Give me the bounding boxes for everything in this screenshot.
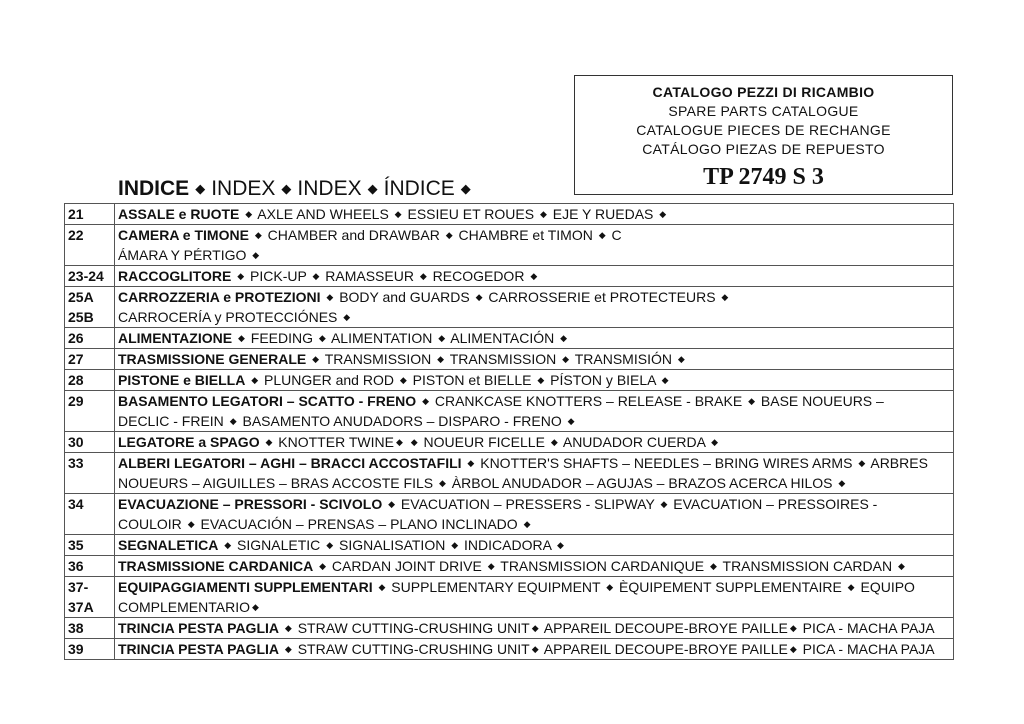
section-description: ASSALE e RUOTE ◆ AXLE AND WHEELS ◆ ESSIE… [115,204,954,225]
index-heading-es: ÍNDICE [384,177,455,200]
diamond-icon: ◆ [658,499,669,509]
section-description: TRASMISSIONE CARDANICA ◆ CARDAN JOINT DR… [115,556,954,577]
diamond-icon: ◆ [549,437,560,447]
diamond-icon: ◆ [846,582,857,592]
section-title-italian: SEGNALETICA [118,537,218,553]
index-row: 21ASSALE e RUOTE ◆ AXLE AND WHEELS ◆ ESS… [65,204,954,225]
section-number: 27 [65,349,115,370]
diamond-icon: ◆ [409,437,420,447]
diamond-icon: ◆ [708,561,719,571]
diamond-icon: ◆ [566,416,577,426]
diamond-icon: ◆ [228,416,239,426]
diamond-icon: ◆ [317,561,328,571]
diamond-icon: ◆ [310,271,321,281]
diamond-icon: ◆ [362,181,384,196]
diamond-icon: ◆ [560,354,571,364]
diamond-icon: ◆ [474,292,485,302]
index-row: 38TRINCIA PESTA PAGLIA ◆ STRAW CUTTING-C… [65,618,954,639]
catalogue-title-fr: CATALOGUE PIECES DE RECHANGE [575,121,952,140]
section-title-italian: ALBERI LEGATORI – AGHI – BRACCI ACCOSTAF… [118,455,462,471]
section-title-italian: TRASMISSIONE GENERALE [118,351,306,367]
section-number-text: 23-24 [68,266,111,286]
section-number-text: 33 [68,453,111,473]
index-row: 39TRINCIA PESTA PAGLIA ◆ STRAW CUTTING-C… [65,639,954,660]
diamond-icon: ◆ [530,623,541,633]
section-title-continuation: DECLIC - FREIN ◆ BASAMENTO ANUDADORS – D… [118,411,950,431]
index-row: 26ALIMENTAZIONE ◆ FEEDING ◆ ALIMENTATION… [65,328,954,349]
section-title-italian: EQUIPAGGIAMENTI SUPPLEMENTARI [118,579,373,595]
section-description: BASAMENTO LEGATORI – SCATTO - FRENO ◆ CR… [115,391,954,432]
diamond-icon: ◆ [719,292,730,302]
section-title-italian: PISTONE e BIELLA [118,372,245,388]
index-row: 28PISTONE e BIELLA ◆ PLUNGER and ROD ◆ P… [65,370,954,391]
section-number-text: 28 [68,370,111,390]
diamond-icon: ◆ [222,540,233,550]
section-description: CARROZZERIA e PROTEZIONI ◆ BODY and GUAR… [115,287,954,328]
diamond-icon: ◆ [418,271,429,281]
section-title-italian: ALIMENTAZIONE [118,330,232,346]
section-title-continuation: COULOIR ◆ EVACUACIÓN – PRENSAS – PLANO I… [118,514,950,534]
diamond-icon: ◆ [398,375,409,385]
section-title-translations: ◆ AXLE AND WHEELS ◆ ESSIEU ET ROUES ◆ EJ… [239,206,668,222]
section-title-italian: CAMERA e TIMONE [118,227,249,243]
diamond-icon: ◆ [341,312,352,322]
diamond-icon: ◆ [275,181,297,196]
diamond-icon: ◆ [528,271,539,281]
index-heading: INDICE◆INDEX◆INDEX◆ÍNDICE◆ [118,176,477,202]
section-description: ALBERI LEGATORI – AGHI – BRACCI ACCOSTAF… [115,453,954,494]
diamond-icon: ◆ [709,437,720,447]
index-heading-fr: INDEX [297,177,361,200]
section-description: RACCOGLITORE ◆ PICK-UP ◆ RAMASSEUR ◆ REC… [115,266,954,287]
section-description: SEGNALETICA ◆ SIGNALETIC ◆ SIGNALISATION… [115,535,954,556]
index-row: 37-37AEQUIPAGGIAMENTI SUPPLEMENTARI ◆ SU… [65,577,954,618]
catalogue-title-es: CATÁLOGO PIEZAS DE REPUESTO [575,140,952,159]
diamond-icon: ◆ [444,230,455,240]
diamond-icon: ◆ [236,333,247,343]
index-row: 35SEGNALETICA ◆ SIGNALETIC ◆ SIGNALISATI… [65,535,954,556]
diamond-icon: ◆ [393,209,404,219]
index-row: 27TRASMISSIONE GENERALE ◆ TRANSMISSION ◆… [65,349,954,370]
index-row: 33ALBERI LEGATORI – AGHI – BRACCI ACCOST… [65,453,954,494]
section-title-translations: ◆ CRANKCASE KNOTTERS – RELEASE - BRAKE ◆… [416,393,884,409]
diamond-icon: ◆ [555,540,566,550]
section-number: 36 [65,556,115,577]
diamond-icon: ◆ [538,209,549,219]
section-number: 37-37A [65,577,115,618]
section-number-text-2: 37A [68,597,111,617]
section-title-translations: ◆ CHAMBER and DRAWBAR ◆ CHAMBRE et TIMON… [249,227,622,243]
diamond-icon: ◆ [253,230,264,240]
diamond-icon: ◆ [437,478,448,488]
section-title-italian: LEGATORE a SPAGO [118,434,260,450]
index-row: 34EVACUAZIONE – PRESSORI - SCIVOLO ◆ EVA… [65,494,954,535]
diamond-icon: ◆ [435,354,446,364]
diamond-icon: ◆ [746,396,757,406]
section-title-continuation: ÁMARA Y PÉRTIGO ◆ [118,245,950,265]
section-description: TRINCIA PESTA PAGLIA ◆ STRAW CUTTING-CRU… [115,639,954,660]
diamond-icon: ◆ [249,375,260,385]
section-title-translations: ◆ SIGNALETIC ◆ SIGNALISATION ◆ INDICADOR… [218,537,566,553]
diamond-icon: ◆ [243,209,254,219]
section-number: 38 [65,618,115,639]
section-title-italian: TRINCIA PESTA PAGLIA [118,620,279,636]
diamond-icon: ◆ [235,271,246,281]
index-row: 22CAMERA e TIMONE ◆ CHAMBER and DRAWBAR … [65,225,954,266]
diamond-icon: ◆ [186,519,197,529]
section-title-translations: ◆ KNOTTER TWINE◆ ◆ NOUEUR FICELLE ◆ ANUD… [260,434,720,450]
diamond-icon: ◆ [896,561,907,571]
section-title-translations: ◆ SUPPLEMENTARY EQUIPMENT ◆ ÈQUIPEMENT S… [373,579,915,595]
diamond-icon: ◆ [283,623,294,633]
section-title-translations: ◆ CARDAN JOINT DRIVE ◆ TRANSMISSION CARD… [313,558,907,574]
index-row: 30LEGATORE a SPAGO ◆ KNOTTER TWINE◆ ◆ NO… [65,432,954,453]
diamond-icon: ◆ [324,540,335,550]
section-number: 28 [65,370,115,391]
section-description: PISTONE e BIELLA ◆ PLUNGER and ROD ◆ PIS… [115,370,954,391]
diamond-icon: ◆ [530,644,541,654]
section-description: EVACUAZIONE – PRESSORI - SCIVOLO ◆ EVACU… [115,494,954,535]
section-number-text: 38 [68,618,111,638]
diamond-icon: ◆ [189,181,211,196]
section-description: LEGATORE a SPAGO ◆ KNOTTER TWINE◆ ◆ NOUE… [115,432,954,453]
section-number-text: 30 [68,432,111,452]
diamond-icon: ◆ [449,540,460,550]
section-description: ALIMENTAZIONE ◆ FEEDING ◆ ALIMENTATION ◆… [115,328,954,349]
index-heading-it: INDICE [118,177,189,200]
diamond-icon: ◆ [486,561,497,571]
diamond-icon: ◆ [522,519,533,529]
section-number-text: 26 [68,328,111,348]
index-row: 36TRASMISSIONE CARDANICA ◆ CARDAN JOINT … [65,556,954,577]
section-title-italian: EVACUAZIONE – PRESSORI - SCIVOLO [118,496,382,512]
diamond-icon: ◆ [436,333,447,343]
section-title-translations: ◆ BODY and GUARDS ◆ CARROSSERIE et PROTE… [321,289,731,305]
diamond-icon: ◆ [465,458,476,468]
section-title-translations: ◆ FEEDING ◆ ALIMENTATION ◆ ALIMENTACIÓN … [232,330,569,346]
diamond-icon: ◆ [250,250,261,260]
diamond-icon: ◆ [310,354,321,364]
index-heading-en: INDEX [211,177,275,200]
section-title-italian: CARROZZERIA e PROTEZIONI [118,289,321,305]
section-title-translations: ◆ STRAW CUTTING-CRUSHING UNIT◆ APPAREIL … [279,620,935,636]
section-title-continuation: CARROCERÍA y PROTECCIÓNES ◆ [118,307,950,327]
diamond-icon: ◆ [283,644,294,654]
diamond-icon: ◆ [836,478,847,488]
section-number-text: 37- [68,577,111,597]
section-title-translations: ◆ STRAW CUTTING-CRUSHING UNIT◆ APPAREIL … [279,641,935,657]
section-number-text: 39 [68,639,111,659]
section-number: 34 [65,494,115,535]
section-number: 26 [65,328,115,349]
section-number: 30 [65,432,115,453]
diamond-icon: ◆ [657,209,668,219]
section-number-text: 27 [68,349,111,369]
section-title-italian: TRINCIA PESTA PAGLIA [118,641,279,657]
diamond-icon: ◆ [420,396,431,406]
section-title-translations: ◆ PICK-UP ◆ RAMASSEUR ◆ RECOGEDOR ◆ [231,268,539,284]
catalogue-code: TP 2749 S 3 [575,164,952,190]
diamond-icon: ◆ [535,375,546,385]
diamond-icon: ◆ [377,582,388,592]
diamond-icon: ◆ [788,644,799,654]
section-number-text: 21 [68,204,111,224]
section-title-italian: BASAMENTO LEGATORI – SCATTO - FRENO [118,393,416,409]
section-title-italian: TRASMISSIONE CARDANICA [118,558,313,574]
index-row: 29BASAMENTO LEGATORI – SCATTO - FRENO ◆ … [65,391,954,432]
diamond-icon: ◆ [263,437,274,447]
catalogue-title-box: CATALOGO PEZZI DI RICAMBIO SPARE PARTS C… [574,75,953,195]
section-number-text: 34 [68,494,111,514]
diamond-icon: ◆ [394,437,405,447]
diamond-icon: ◆ [676,354,687,364]
section-description: CAMERA e TIMONE ◆ CHAMBER and DRAWBAR ◆ … [115,225,954,266]
catalogue-title-it: CATALOGO PEZZI DI RICAMBIO [575,83,952,102]
section-title-translations: ◆ TRANSMISSION ◆ TRANSMISSION ◆ TRANSMIS… [306,351,687,367]
diamond-icon: ◆ [250,602,261,612]
index-row: 23-24RACCOGLITORE ◆ PICK-UP ◆ RAMASSEUR … [65,266,954,287]
section-title-italian: RACCOGLITORE [118,268,231,284]
section-title-translations: ◆ KNOTTER'S SHAFTS – NEEDLES – BRING WIR… [462,455,928,471]
section-description: EQUIPAGGIAMENTI SUPPLEMENTARI ◆ SUPPLEME… [115,577,954,618]
index-row: 25A25BCARROZZERIA e PROTEZIONI ◆ BODY an… [65,287,954,328]
section-description: TRASMISSIONE GENERALE ◆ TRANSMISSION ◆ T… [115,349,954,370]
section-number: 21 [65,204,115,225]
section-number: 25A25B [65,287,115,328]
section-title-continuation: NOUEURS – AIGUILLES – BRAS ACCOSTE FILS … [118,473,950,493]
diamond-icon: ◆ [386,499,397,509]
diamond-icon: ◆ [455,181,477,196]
section-title-continuation: COMPLEMENTARIO◆ [118,597,950,617]
catalogue-title-en: SPARE PARTS CATALOGUE [575,102,952,121]
section-number: 39 [65,639,115,660]
diamond-icon: ◆ [317,333,328,343]
section-number: 23-24 [65,266,115,287]
index-table: 21ASSALE e RUOTE ◆ AXLE AND WHEELS ◆ ESS… [64,203,954,660]
diamond-icon: ◆ [558,333,569,343]
diamond-icon: ◆ [597,230,608,240]
diamond-icon: ◆ [856,458,867,468]
section-title-translations: ◆ EVACUATION – PRESSERS - SLIPWAY ◆ EVAC… [382,496,877,512]
section-number-text: 35 [68,535,111,555]
section-number: 33 [65,453,115,494]
section-number: 29 [65,391,115,432]
section-number-text: 36 [68,556,111,576]
diamond-icon: ◆ [788,623,799,633]
section-number-text: 25A [68,287,111,307]
section-number-text: 29 [68,391,111,411]
diamond-icon: ◆ [324,292,335,302]
section-title-translations: ◆ PLUNGER and ROD ◆ PISTON et BIELLE ◆ P… [245,372,670,388]
section-number: 22 [65,225,115,266]
diamond-icon: ◆ [604,582,615,592]
section-title-italian: ASSALE e RUOTE [118,206,239,222]
section-description: TRINCIA PESTA PAGLIA ◆ STRAW CUTTING-CRU… [115,618,954,639]
section-number-text-2: 25B [68,307,111,327]
section-number-text: 22 [68,225,111,245]
section-number: 35 [65,535,115,556]
diamond-icon: ◆ [660,375,671,385]
